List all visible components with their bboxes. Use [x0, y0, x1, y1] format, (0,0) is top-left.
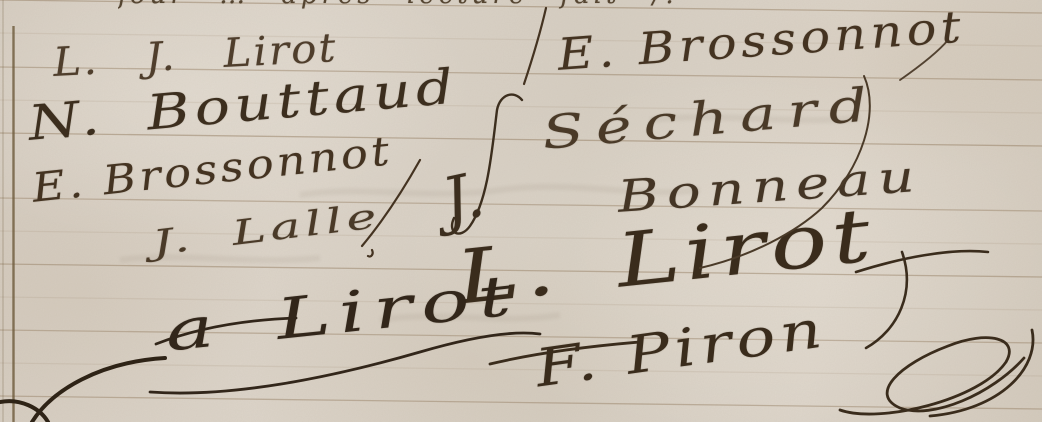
- signature-j-lalle: J. Lalle: [150, 196, 383, 264]
- signature-a-lirot: a Lirot: [162, 263, 523, 365]
- signature-f-piron: F. Piron: [532, 299, 830, 399]
- top-text-fragment: jour … après lecture fait /.: [118, 0, 678, 10]
- flourish-slash-top: [524, 8, 546, 84]
- signature-sechard: Séchard: [540, 77, 881, 160]
- signature-bonneau-initial: J.: [436, 158, 490, 238]
- margin-lines: [3, 0, 14, 422]
- partial-stroke-bottom-left: [0, 358, 165, 422]
- manuscript-page: jour … après lecture fait /. L. J. Lirot…: [0, 0, 1042, 422]
